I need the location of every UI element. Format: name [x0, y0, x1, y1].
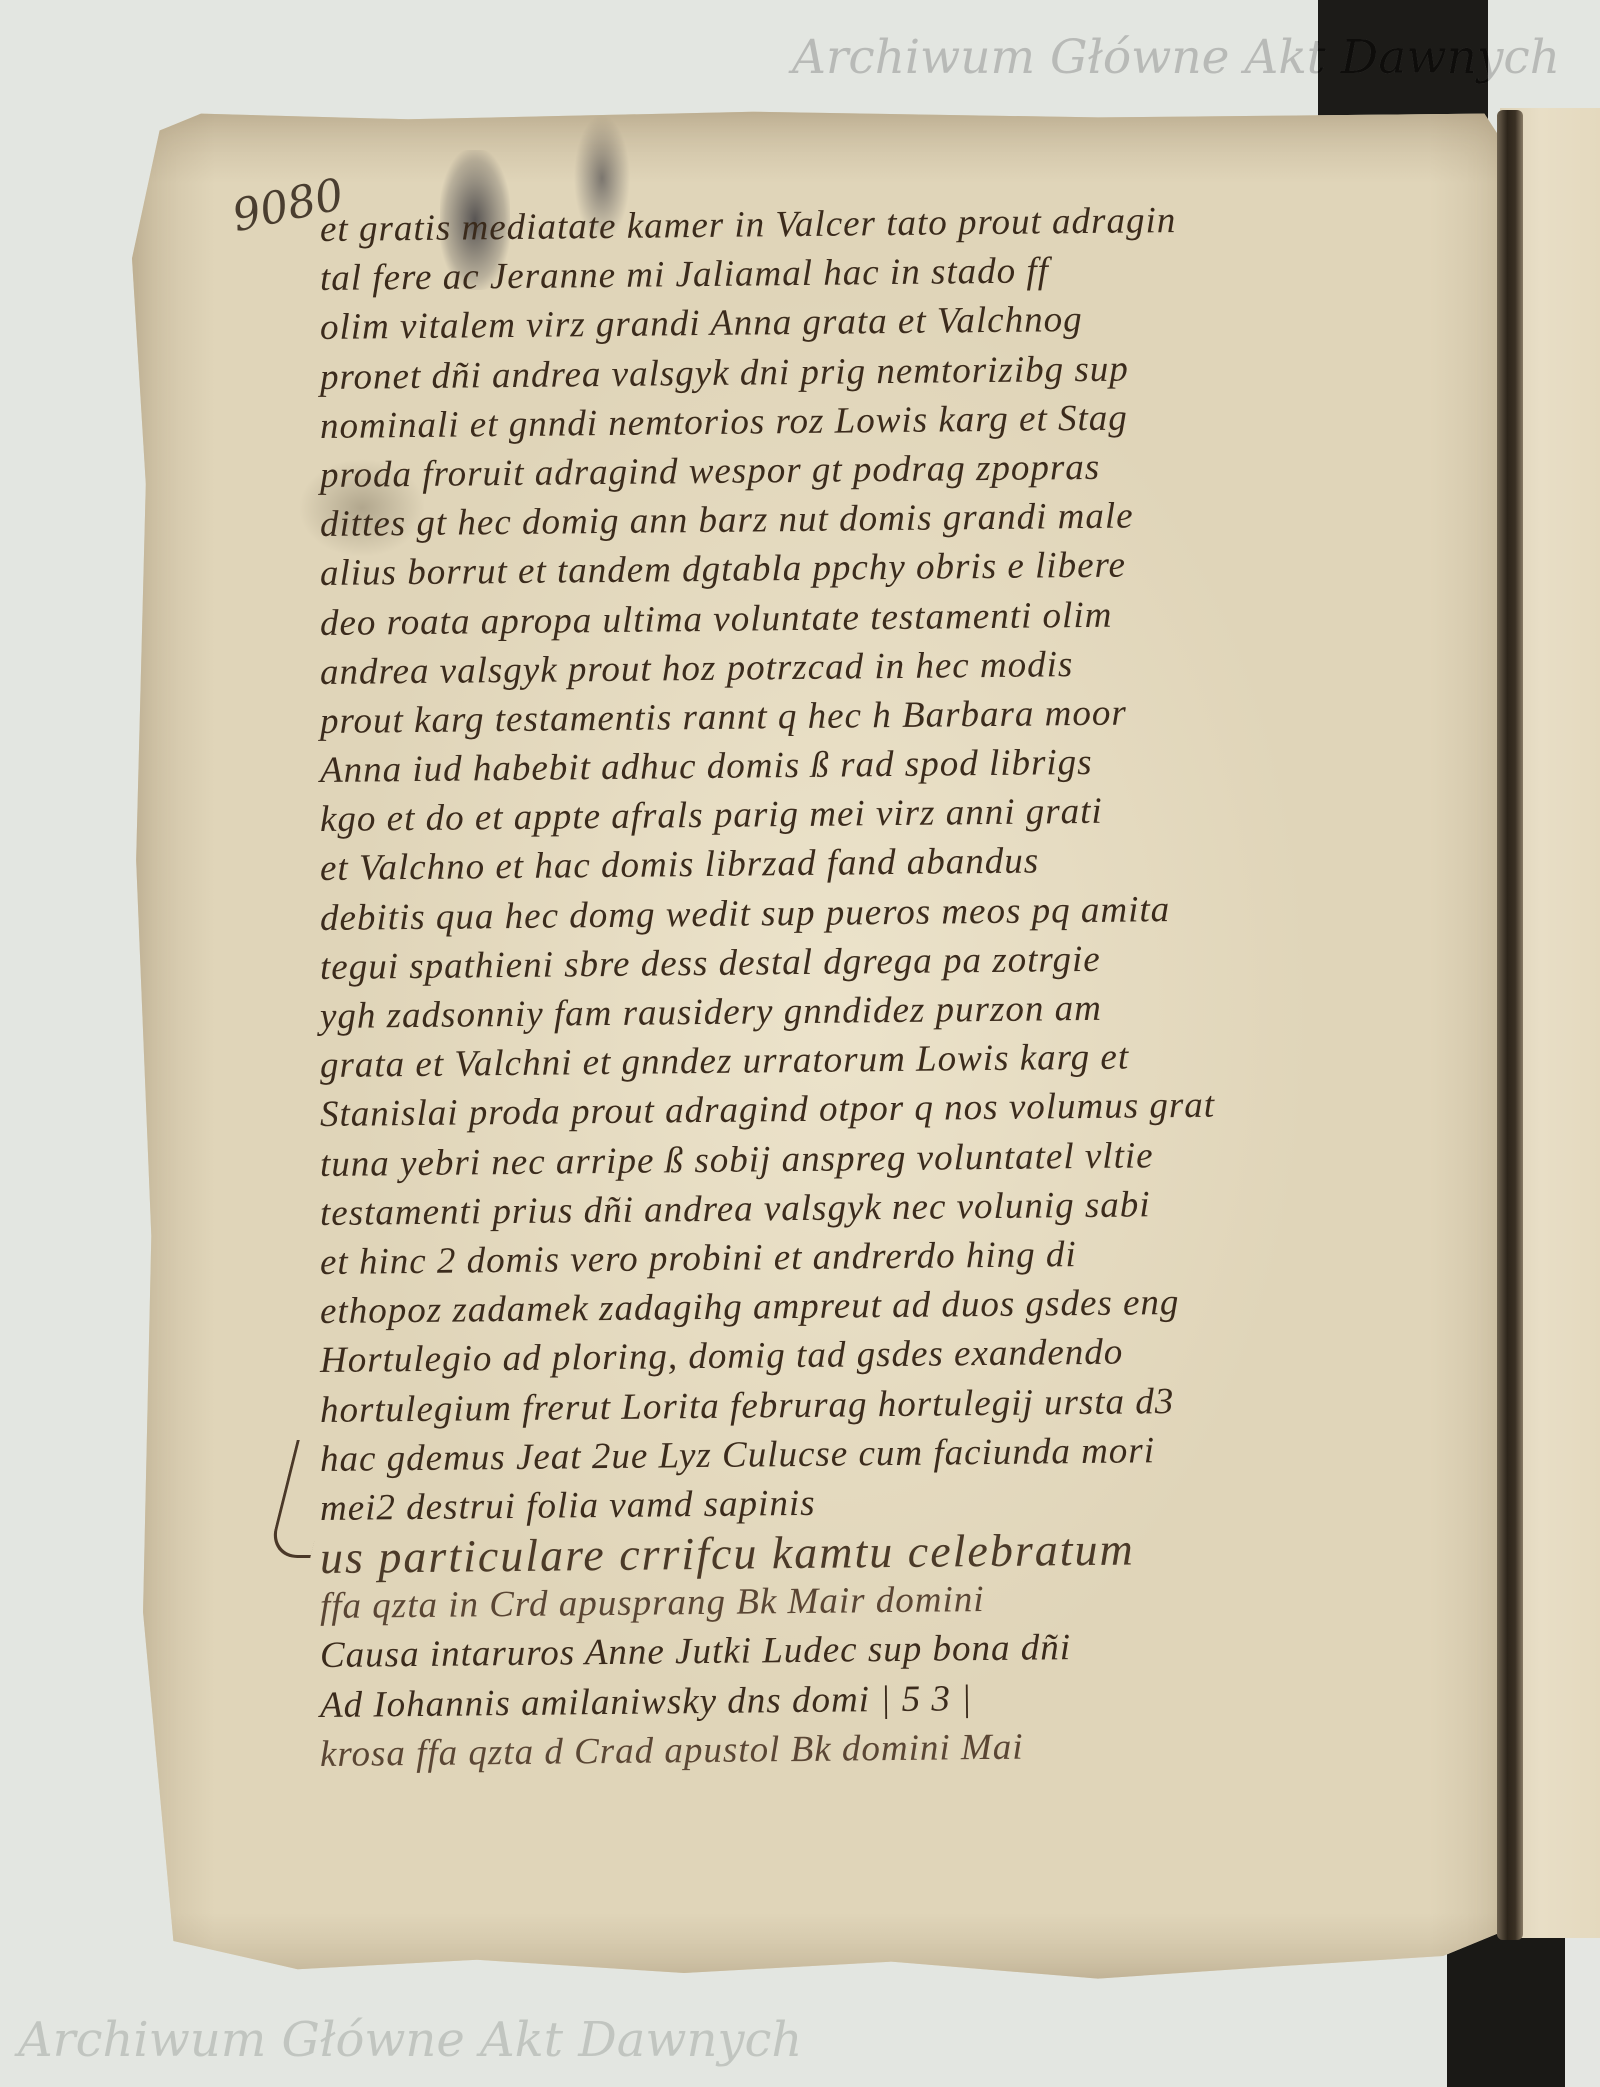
binding-gutter [1497, 110, 1523, 1940]
manuscript-text: et gratis mediatate kamer in Valcer tato… [320, 205, 1500, 1779]
watermark-top-overlay: Archiwum Główne Akt Dawnych [1318, 30, 1488, 85]
background-corner [1565, 1920, 1600, 2087]
watermark-bottom: Archiwum Główne Akt Dawnych [18, 2012, 802, 2068]
